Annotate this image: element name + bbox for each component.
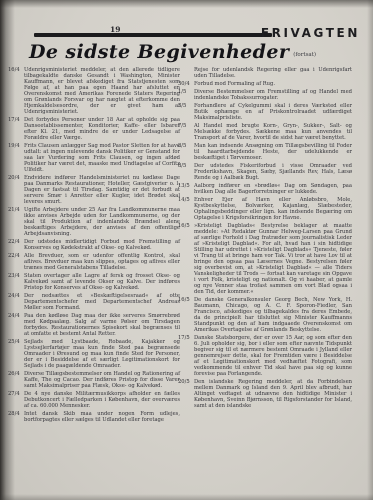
event-entry: 3/5 Forhandlere af Cykelgummi skal i der… bbox=[194, 103, 352, 121]
event-text: Rejse for udenlandsk Regering eller gaa … bbox=[194, 67, 352, 79]
event-date: 22/4 bbox=[8, 253, 23, 259]
event-date: 16/5 bbox=[178, 223, 193, 229]
event-entry: 16/4 Udenrigsministeriet meddeler, at de… bbox=[24, 67, 180, 115]
event-entry: 1/5 Diverse Bestemmelser om Fremstilling… bbox=[194, 89, 352, 101]
event-entry: 16/5 De danske Generalkonsuler Georg Bec… bbox=[194, 297, 352, 333]
event-text: Ugifte Arbejdere under 25 Aar fra Landko… bbox=[24, 207, 180, 237]
event-entry: 8/5 Der udstedes Fiskeriforbud i visse O… bbox=[194, 163, 352, 181]
event-date: 7/5 bbox=[178, 123, 193, 129]
section-title-wrap: De sidste Begivenheder(fortsat) bbox=[29, 41, 316, 63]
event-entry: 16/5 »Kristeligt Dagblads« Bestyrelse be… bbox=[194, 223, 352, 295]
event-date: 14/5 bbox=[178, 197, 193, 203]
event-entry: 23/4 Staten overtager alle Lagre af fers… bbox=[24, 273, 180, 291]
event-date: 25/4 bbox=[8, 339, 23, 345]
event-text: Det forbydes Personer under 18 Aar at op… bbox=[24, 117, 180, 141]
masthead-title: FRIVAGTEN bbox=[261, 26, 360, 40]
scan-bottom-edge bbox=[0, 494, 373, 500]
right-column: Rejse for udenlandsk Regering eller gaa … bbox=[194, 67, 352, 411]
event-date: 22/4 bbox=[8, 239, 23, 245]
section-title: De sidste Begivenheder bbox=[29, 41, 289, 63]
event-date: 24/4 bbox=[8, 293, 23, 299]
event-date: 17/4 bbox=[8, 117, 23, 123]
event-entry: 20/5 Den islandske Regering meddeler, at… bbox=[194, 379, 352, 409]
event-text: De 4 nye danske Militærmusikkorps afhold… bbox=[24, 391, 180, 409]
event-text: Paa den kødløse Dag maa der ikke servere… bbox=[24, 313, 180, 337]
event-date: 30/4 bbox=[178, 81, 193, 87]
event-date: 20/5 bbox=[178, 379, 193, 385]
scan-top-edge bbox=[0, 0, 373, 8]
event-date: 23/4 bbox=[8, 273, 23, 279]
event-entry: 21/4 Ugifte Arbejdere under 25 Aar fra L… bbox=[24, 207, 180, 237]
section-title-suffix: (fortsat) bbox=[293, 52, 316, 58]
event-text: Den islandske Regering meddeler, at da F… bbox=[194, 379, 352, 409]
event-text: Diverse Tillægsbestemmelser om Handel og… bbox=[24, 371, 180, 389]
event-text: Diverse Bestemmelser om Fremstilling af … bbox=[194, 89, 352, 101]
event-date: 16/5 bbox=[178, 297, 193, 303]
event-text: Der udstedes midlertidigt Forbud mod Fre… bbox=[24, 239, 180, 251]
event-text: Der udstedes Fiskeriforbud i visse Omraa… bbox=[194, 163, 352, 181]
event-entry: 30/4 Forbud mod Formaling af Rug. bbox=[194, 81, 352, 87]
event-text: Forhandlere af Cykelgummi skal i deres V… bbox=[194, 103, 352, 121]
event-date: 8/5 bbox=[178, 163, 193, 169]
event-text: Sejlads med Lystbaade, Robaade, Kajakker… bbox=[24, 339, 180, 369]
event-text: Udenrigsministeriet meddeler, at den all… bbox=[24, 67, 180, 115]
event-date: 1/5 bbox=[178, 89, 193, 95]
event-date: 17/5 bbox=[178, 335, 193, 341]
event-text: »Kristeligt Dagblads« Bestyrelse beklage… bbox=[194, 223, 352, 295]
event-date: 16/4 bbox=[8, 67, 23, 73]
event-text: Man kan indsende Ansøgning om Tillægsbev… bbox=[194, 143, 352, 161]
event-entry: 17/5 Danske Statsborgere, der er over 15… bbox=[194, 335, 352, 377]
event-entry: 17/4 Det forbydes Personer under 18 Aar … bbox=[24, 117, 180, 141]
event-date: 26/4 bbox=[8, 371, 23, 377]
event-date: 13/5 bbox=[178, 183, 193, 189]
event-date: 27/4 bbox=[8, 391, 23, 397]
event-entry: Rejse for udenlandsk Regering eller gaa … bbox=[194, 67, 352, 79]
event-text: Aalborg indfører en »brødløs« Dag om Søn… bbox=[194, 183, 352, 195]
event-text: Endvidere indfører Handelsministeriet nu… bbox=[24, 175, 180, 205]
event-entry: 27/4 De 4 nye danske Militærmusikkorps a… bbox=[24, 391, 180, 409]
scan-right-edge bbox=[367, 0, 373, 500]
event-entry: 8/5 Man kan indsende Ansøgning om Tillæg… bbox=[194, 143, 352, 161]
event-text: Staten overtager alle Lagre af fersk og … bbox=[24, 273, 180, 291]
event-entry: 22/4 Der udstedes midlertidigt Forbud mo… bbox=[24, 239, 180, 251]
scan-gutter-shadow bbox=[0, 0, 15, 500]
event-entry: 25/4 Sejlads med Lystbaade, Robaade, Kaj… bbox=[24, 339, 180, 369]
event-date: 20/4 bbox=[8, 175, 23, 181]
event-entry: 24/4 Der nedsættes et »Beskæftigelsesraa… bbox=[24, 293, 180, 311]
event-text: De danske Generalkonsuler Georg Bech, Ne… bbox=[194, 297, 352, 333]
event-date: 21/4 bbox=[8, 207, 23, 213]
event-entry: 14/5 Enhver Ejer af Havn eller Anløbsbro… bbox=[194, 197, 352, 221]
event-date: 19/4 bbox=[8, 143, 23, 149]
event-date: 28/4 bbox=[8, 411, 23, 417]
event-date: 3/5 bbox=[178, 103, 193, 109]
event-text: Intet dansk Skib maa under nogen Form ud… bbox=[24, 411, 180, 423]
event-text: Forbud mod Formaling af Rug. bbox=[194, 81, 352, 87]
event-entry: 7/5 Al Handel med brugte Korn-, Gryn-, S… bbox=[194, 123, 352, 141]
header-rule bbox=[34, 33, 272, 37]
event-date: 24/4 bbox=[8, 313, 23, 319]
event-entry: 22/4 Alle Brevduer, som er udenfor offen… bbox=[24, 253, 180, 271]
event-entry: 26/4 Diverse Tillægsbestemmelser om Hand… bbox=[24, 371, 180, 389]
event-entry: 28/4 Intet dansk Skib maa under nogen Fo… bbox=[24, 411, 180, 423]
event-text: Der nedsættes et »Beskæftigelsesraad« af… bbox=[24, 293, 180, 311]
document-page: 19 FRIVAGTEN De sidste Begivenheder(fort… bbox=[0, 0, 373, 500]
event-text: Frits Clausen anlægger Sag mod Pastor Sl… bbox=[24, 143, 180, 173]
event-entry: 20/4 Endvidere indfører Handelsministeri… bbox=[24, 175, 180, 205]
event-text: Danske Statsborgere, der er over 15 Aar,… bbox=[194, 335, 352, 377]
event-text: Alle Brevduer, som er udenfor offentlig … bbox=[24, 253, 180, 271]
event-entry: 24/4 Paa den kødløse Dag maa der ikke se… bbox=[24, 313, 180, 337]
event-entry: 13/5 Aalborg indfører en »brødløs« Dag o… bbox=[194, 183, 352, 195]
event-text: Enhver Ejer af Havn eller Anløbsbro, Mol… bbox=[194, 197, 352, 221]
left-column: 16/4 Udenrigsministeriet meddeler, at de… bbox=[24, 67, 180, 425]
event-text: Al Handel med brugte Korn-, Gryn-, Sukke… bbox=[194, 123, 352, 141]
event-date: 8/5 bbox=[178, 143, 193, 149]
event-entry: 19/4 Frits Clausen anlægger Sag mod Past… bbox=[24, 143, 180, 173]
